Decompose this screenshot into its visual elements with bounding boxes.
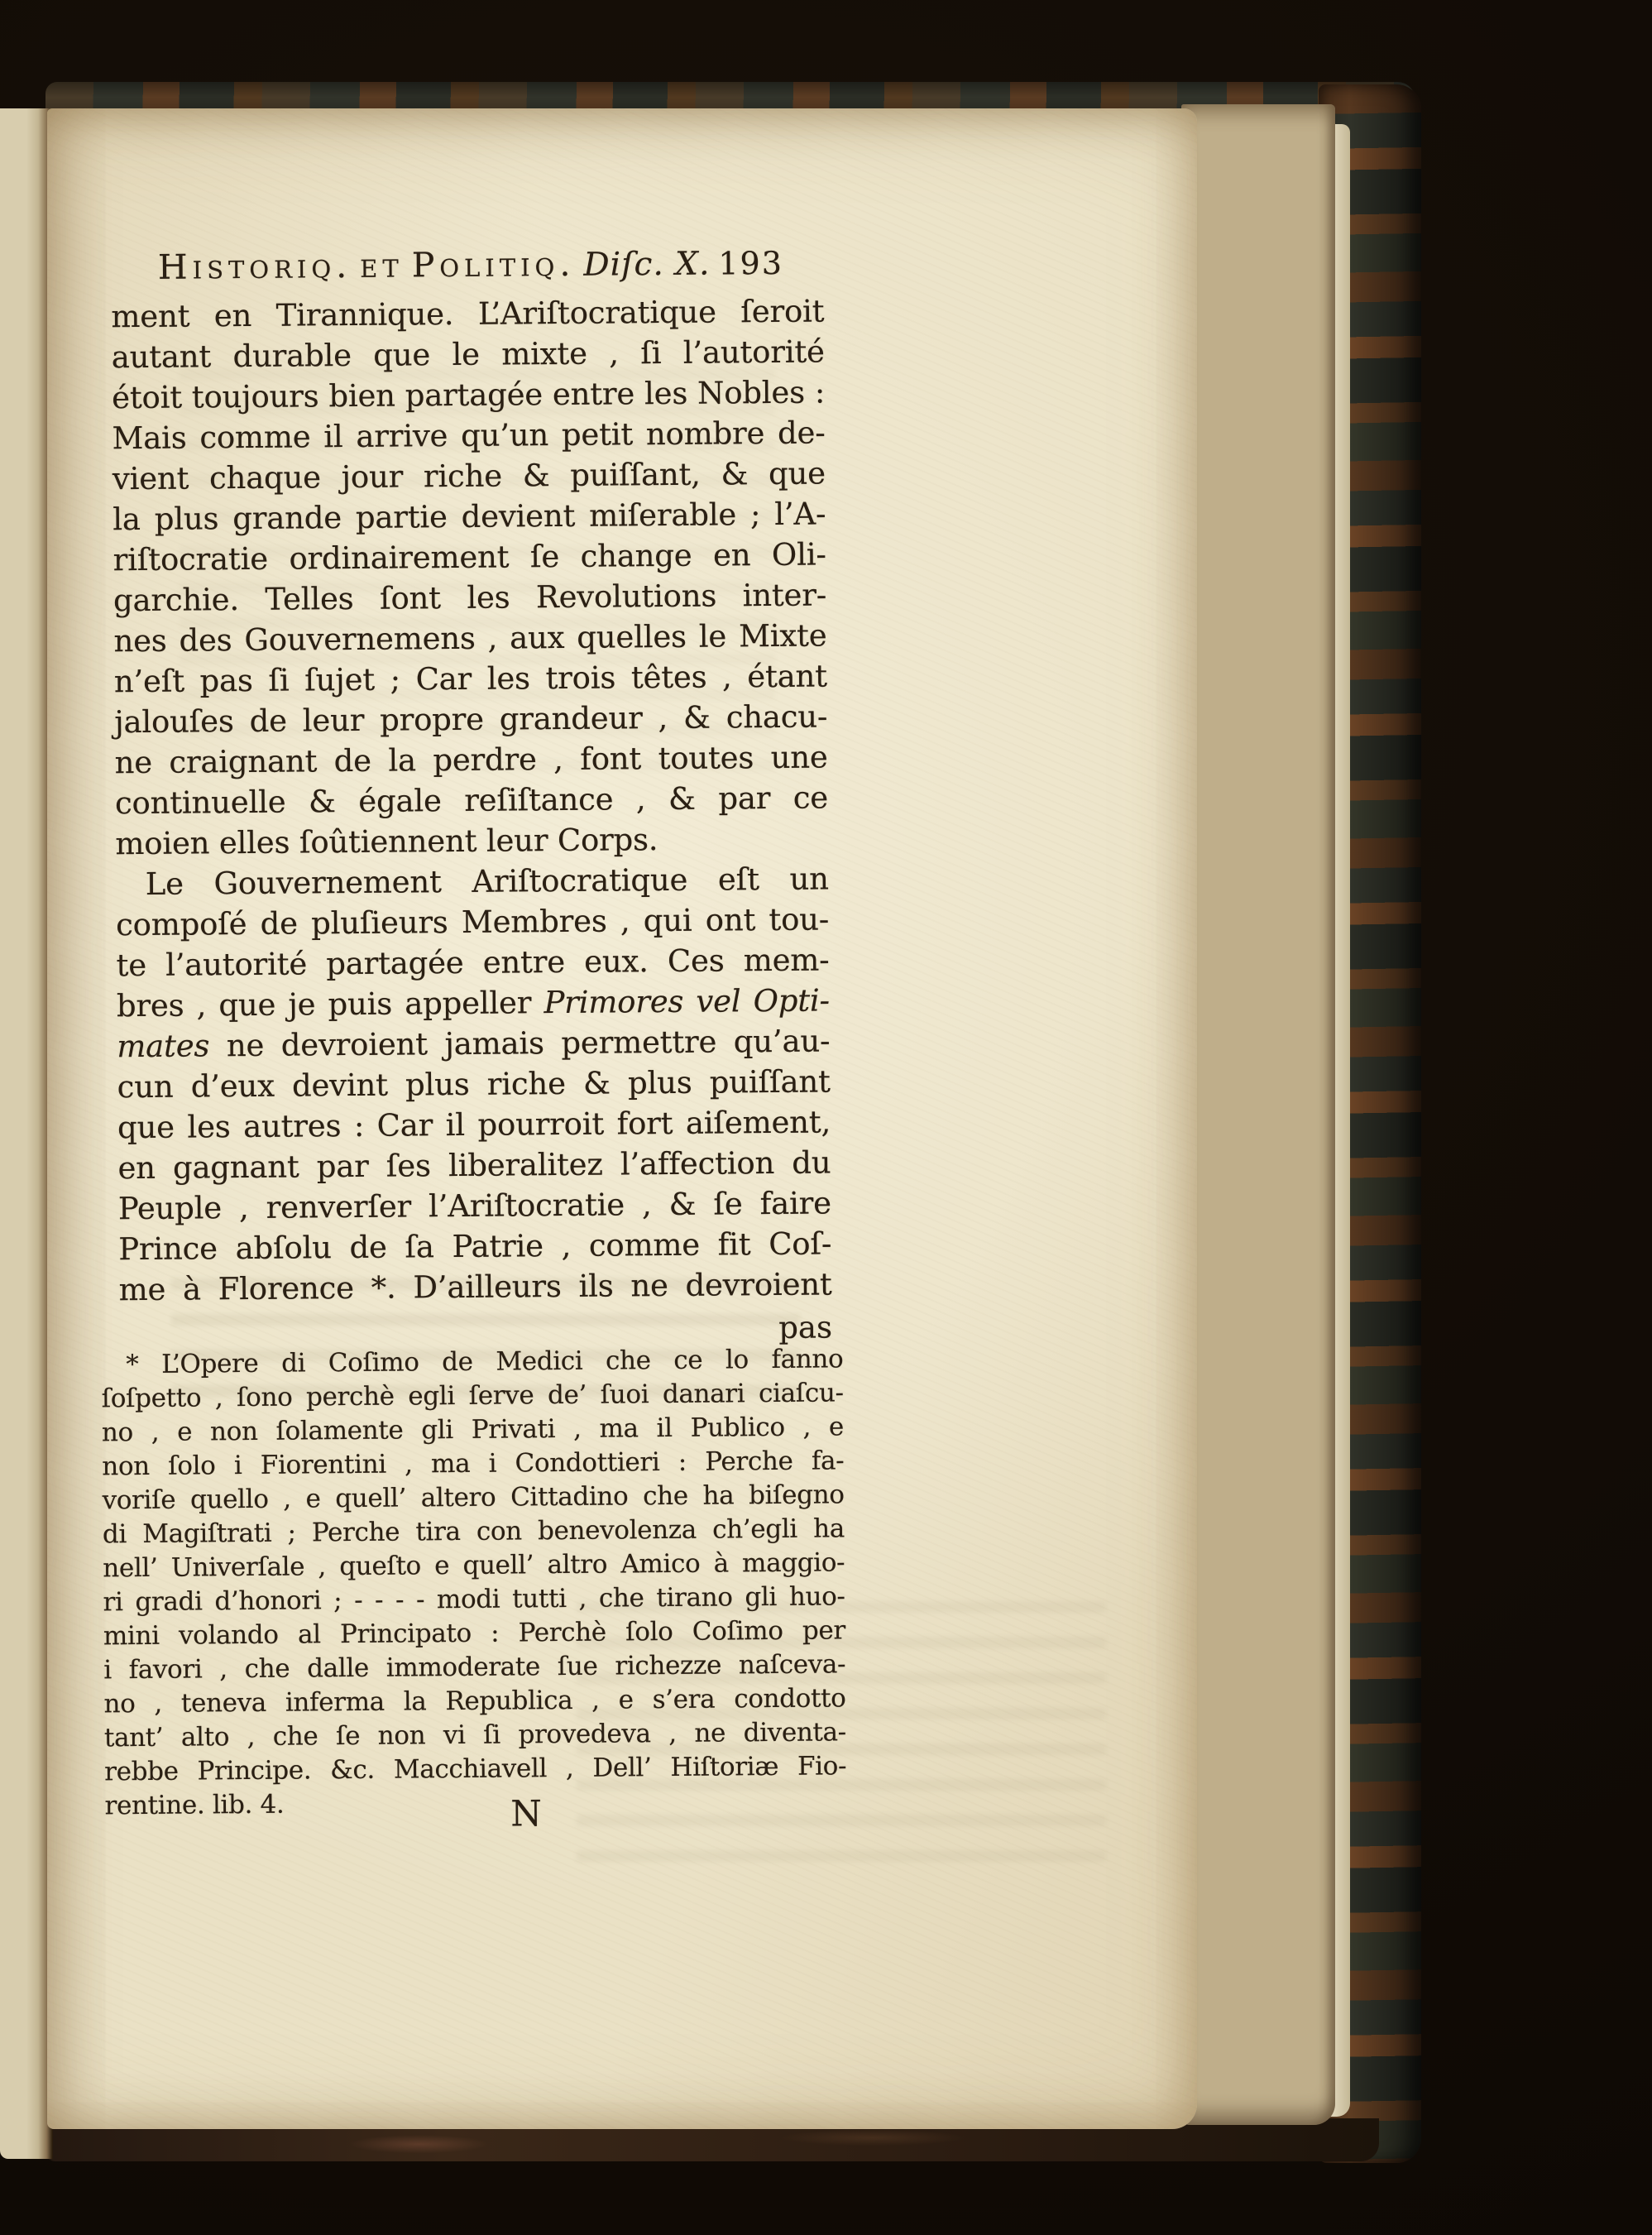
body-line: autant durable que le mixte , ſi l’autor… [112,331,825,377]
body-line: Peuple , renverſer l’Ariſtocratie , & ſe… [118,1182,831,1229]
body-line: ne craignant de la perdre , font toutes … [114,736,827,783]
body-line: Prince abſolu de ſa Patrie , comme fit C… [118,1223,831,1269]
book-photograph: Historiq.etPolitiq.Diſc. X.193 ment en T… [0,0,1652,2235]
footnote: * L’Opere di Coſimo de Medici che ce lo … [101,1342,846,1823]
footnote-line: mini volando al Principato : Perchè ſolo… [103,1614,845,1653]
footnote-line: voriſe quello , e quell’ altero Cittadin… [102,1478,844,1518]
body-line: n’eſt pas ſi ſujet ; Car les trois têtes… [114,655,827,702]
discourse-label: Diſc. X. [583,246,710,284]
body-line: que les autres : Car il pourroit fort ai… [117,1101,831,1148]
footnote-line: ri gradi d’honori ; - - - - modi tutti ,… [103,1580,845,1619]
signature-mark: N [472,1793,580,1835]
body-line: nes des Gouvernemens , aux quelles le Mi… [113,615,826,661]
header-title-part: et [360,245,404,285]
body-line: continuelle & égale reſiſtance , & par c… [115,777,828,823]
body-line: garchie. Telles ſont les Revolutions int… [113,574,826,621]
body-line: jalouſes de leur propre grandeur , & cha… [114,696,827,742]
body-line: me à Florence *. D’ailleurs ils ne devro… [118,1264,831,1310]
footnote-line: non ſolo i Fiorentini , ma i Condottieri… [102,1444,844,1484]
body-line: Le Gouvernement Ariſtocratique eſt un [116,858,829,904]
footnote-line: ſoſpetto , ſono perchè egli ſerve de’ ſu… [102,1376,844,1416]
footnote-line: * L’Opere di Coſimo de Medici che ce lo … [101,1342,843,1382]
footnote-line: no , teneva inferma la Republica , e s’e… [103,1681,845,1721]
body-line: Mais comme il arrive qu’un petit nombre … [112,412,825,458]
book-page: Historiq.etPolitiq.Diſc. X.193 ment en T… [47,108,1197,2129]
body-line: moien elles ſoûtiennent leur Corps. [115,818,828,864]
body-line: te l’autorité partagée entre eux. Ces me… [116,939,829,986]
running-header: Historiq.etPolitiq.Diſc. X.193 [111,242,831,287]
body-line: la plus grande partie devient miſerable … [113,493,826,540]
footnote-line: no , e non ſolamente gli Privati , ma il… [102,1410,844,1450]
footnote-line: i favori , che dalle immoderate ſue rich… [103,1647,845,1687]
italic-phrase: Primores vel Opti- [543,982,830,1020]
italic-phrase: mates [117,1028,209,1064]
footnote-line: nell’ Univerſale , queſto e quell’ altro… [103,1546,845,1585]
body-line: bres , que je puis appeller Primores vel… [117,980,830,1026]
header-title-part: Historiq. [158,246,352,287]
body-line: compoſé de pluſieurs Membres , qui ont t… [116,899,829,945]
facing-page-edge [0,108,53,2159]
body-line: ment en Tirannique. L’Ariſtocratique ſer… [111,290,824,337]
printed-text-layer: Historiq.etPolitiq.Diſc. X.193 ment en T… [45,103,1211,2133]
page-number: 193 [718,245,783,282]
header-title-part: Politiq. [412,244,576,285]
footnote-line: rebbe Principe. &c. Macchiavell , Dell’ … [104,1749,846,1789]
body-line: en gagnant par ſes liberalitez l’affecti… [117,1142,831,1188]
body-line: cun d’eux devint plus riche & plus puiſſ… [117,1061,831,1107]
body-line: étoit toujours bien partagée entre les N… [112,372,825,418]
body-line-segment: ne devroient jamais permettre qu’au- [209,1023,830,1063]
body-line-segment: bres , que je puis appeller [117,985,544,1024]
body-line: riſtocratie ordinairement ſe change en O… [113,534,826,580]
body-line: mates ne devroient jamais permettre qu’a… [117,1020,830,1067]
body-text: ment en Tirannique. L’Ariſtocratique ſer… [111,290,832,1310]
body-line: vient chaque jour riche & puiſſant, & qu… [113,453,826,499]
footnote-line: tant’ alto , che ſe non vi ſi provedeva … [104,1715,846,1755]
footnote-line: di Magiſtrati ; Perche tira con benevole… [103,1512,845,1552]
